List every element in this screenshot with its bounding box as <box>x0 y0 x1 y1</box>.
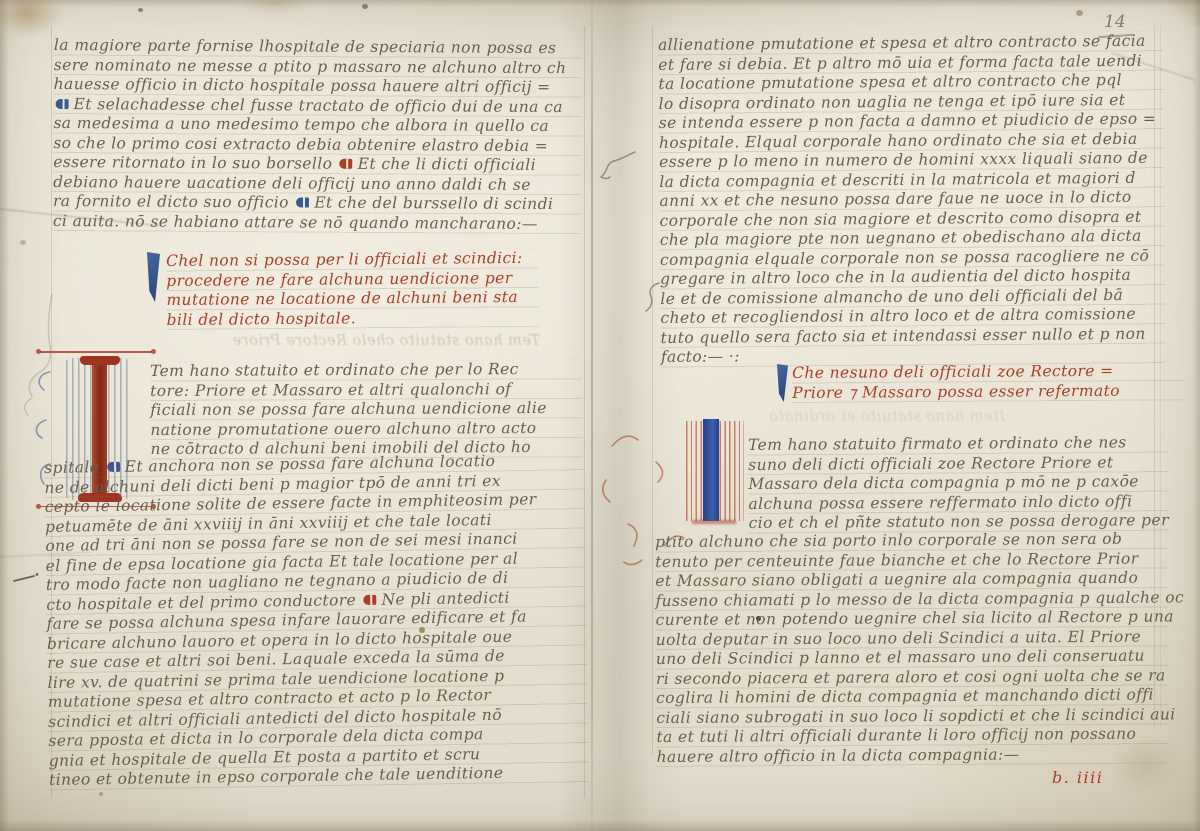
ink-speck <box>138 8 143 12</box>
manuscript-line: natione promutatione ouero alchuno altro… <box>150 418 582 440</box>
ink-speck <box>20 240 26 245</box>
manuscript-line: Massaro dela dicta compagnia p mō ne p c… <box>748 472 1168 494</box>
manuscript-line: tore: Priore et Massaro et altri qualonc… <box>150 379 582 401</box>
capitulum-mark <box>107 462 120 472</box>
right-page-text-block-2: ptito alchuno che sia porto inlo corpora… <box>655 529 1169 767</box>
initial-foot-mark <box>692 520 736 524</box>
gutter-nota-mark <box>643 280 665 314</box>
right-page-rubric: Che nesuno deli officiali zoe Rectore =P… <box>792 361 1184 403</box>
manuscript-line: Priore ⁊ Massaro possa esser refermato <box>792 381 1184 403</box>
initial-letter-bar <box>703 419 719 521</box>
rubric-capitulum-bracket <box>777 364 788 402</box>
capitulum-mark <box>340 159 353 169</box>
quire-signature: b. iiii <box>1052 768 1103 787</box>
capitulum-mark <box>296 197 309 207</box>
ink-speck <box>362 4 368 9</box>
manuscript-line: ra fornito el dicto suo officio Et che d… <box>53 192 581 215</box>
manuscript-line: Chel non si possa per li officiali et sc… <box>166 249 538 272</box>
left-page-text-block-1: la magiore parte fornise lhospitale de s… <box>53 36 582 234</box>
margin-flourish <box>12 288 58 428</box>
manuscript-line: essere ritornato in lo suo borsello Et c… <box>53 153 581 176</box>
gutter-fold-line <box>591 0 593 831</box>
ruling-line-vertical <box>652 26 653 756</box>
margin-dash-mark <box>12 572 40 584</box>
manuscript-line: hauesse officio in dicto hospitale possa… <box>54 75 582 98</box>
parchment-stain <box>240 0 310 12</box>
page-edge <box>0 0 9 831</box>
right-page-text-block-1: allienatione pmutatione et spesa et altr… <box>658 32 1166 368</box>
right-page-text-block-2-indent: Tem hano statuito firmato et ordinato ch… <box>748 433 1169 533</box>
folio-number: 14 <box>1104 12 1126 32</box>
left-page-text-block-2-indent: Tem hano statuito et ordinato che per lo… <box>150 360 583 460</box>
initial-serif-top <box>80 356 120 365</box>
left-page-rubric: Chel non si possa per li officiali et sc… <box>166 249 539 330</box>
gutter-nota-mark <box>598 150 638 180</box>
capitulum-mark <box>363 594 376 604</box>
manuscript-line: sa medesima a uno medesimo tempo che alb… <box>53 114 581 137</box>
ink-speck <box>1076 10 1083 16</box>
manuscript-line: ta et tuti li altri officiali durante li… <box>656 724 1168 747</box>
page-corner-fold <box>1168 0 1200 26</box>
manuscript-line: Tem hano statuito et ordinato che per lo… <box>150 360 582 382</box>
showthrough-text: Item hano statuito et ordinato <box>705 409 1005 425</box>
parchment-stain <box>0 0 62 36</box>
ink-speck <box>99 792 103 796</box>
left-page-text-block-2: spitale Et anchora non se possa fare alc… <box>44 451 589 791</box>
manuscript-line: la magiore parte fornise lhospitale de s… <box>54 36 582 59</box>
manuscript-line: hauere altro officio in la dicta compagn… <box>656 744 1168 767</box>
manuscript-spread: 14 b. iiii la magiore parte fornise lhos… <box>0 0 1200 831</box>
manuscript-line: Tem hano statuito firmato et ordinato ch… <box>748 433 1168 455</box>
manuscript-line: bili del dicto hospitale. <box>167 307 539 330</box>
illuminated-initial-right: I <box>686 421 744 521</box>
page-edge <box>1193 0 1200 831</box>
manuscript-line: ci auita. nō se habiano attare se nō qua… <box>53 211 581 234</box>
rubric-capitulum-bracket <box>147 252 160 302</box>
manuscript-line: mutatione ne locatione de alchuni beni s… <box>166 288 538 311</box>
capitulum-mark <box>56 99 69 109</box>
manuscript-line: ficiali non se possa fare alchuna uendic… <box>150 399 582 421</box>
showthrough-text: Tem hano statuito chelo Rectore Priore <box>150 333 540 349</box>
manuscript-line: Che nesuno deli officiali zoe Rectore = <box>792 361 1184 383</box>
